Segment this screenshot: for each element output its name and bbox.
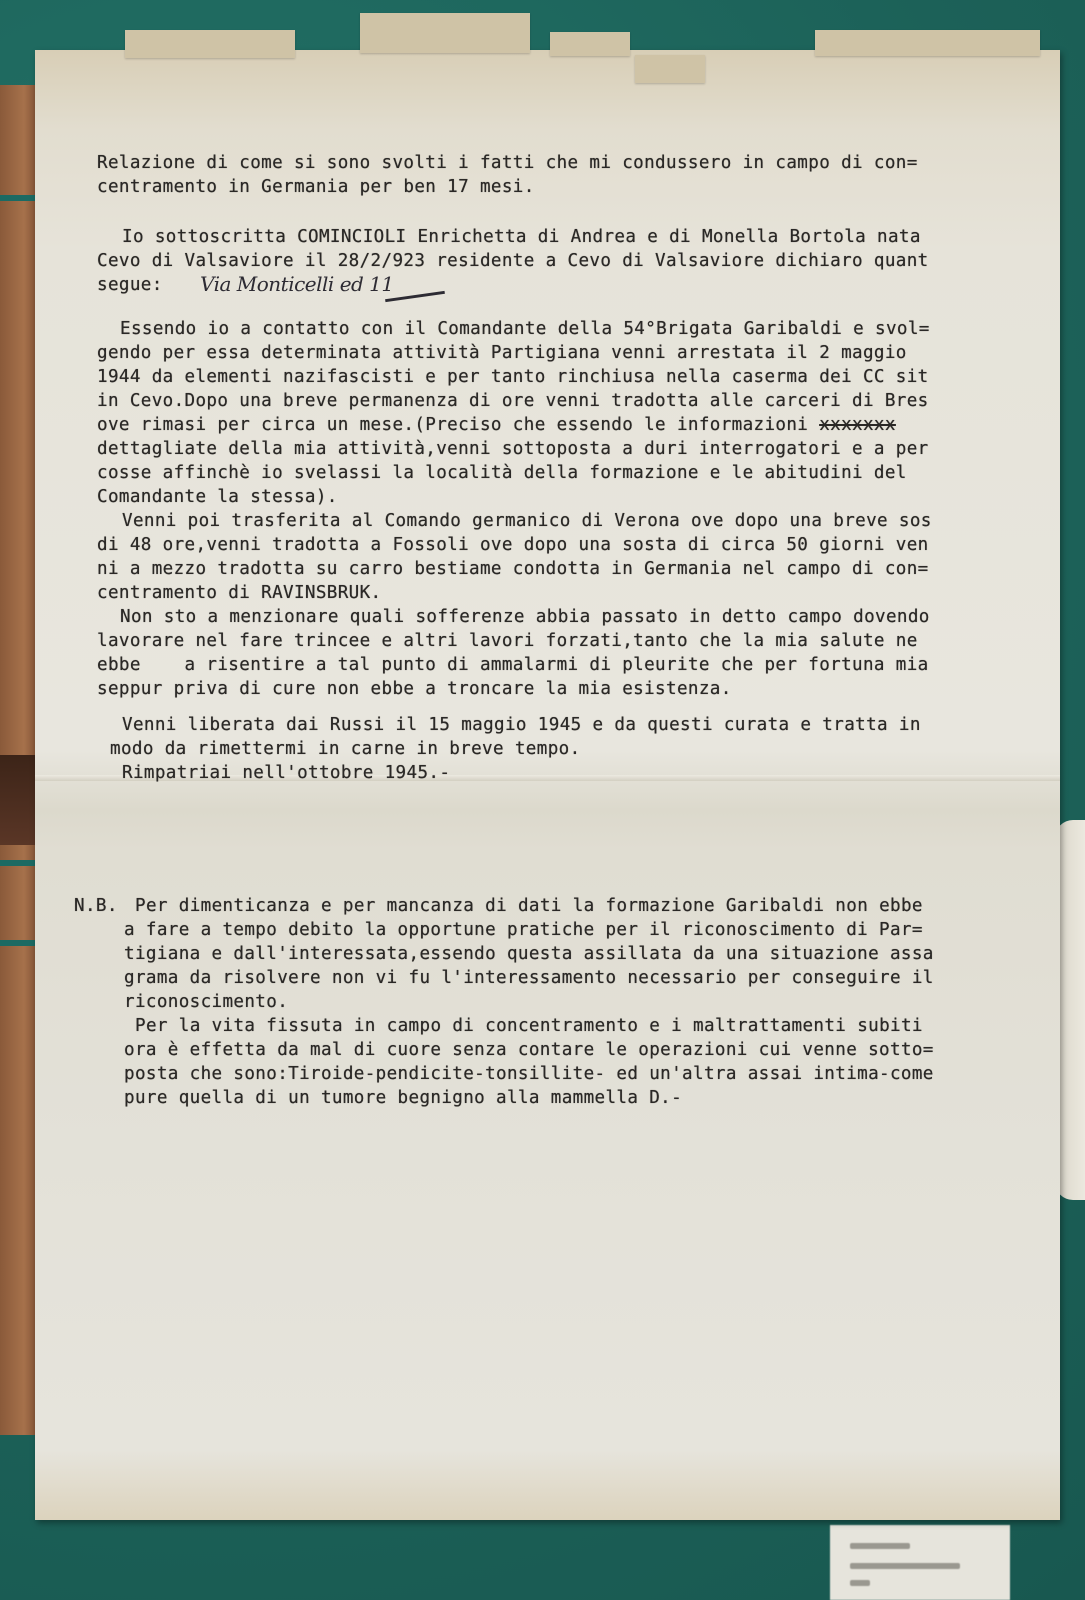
paragraph-line: Venni liberata dai Russi il 15 maggio 19… <box>122 714 921 738</box>
paragraph-line: di 48 ore,venni tradotta a Fossoli ove d… <box>97 534 929 558</box>
paragraph-line: cosse affinchè io svelassi la località d… <box>97 462 907 486</box>
nb-line: ora è effetta da mal di cuore senza cont… <box>124 1039 934 1063</box>
nb-line: a fare a tempo debito la opportune prati… <box>124 919 923 943</box>
paragraph-line: ove rimasi per circa un mese.(Preciso ch… <box>97 414 896 438</box>
paragraph-line: lavorare nel fare trincee e altri lavori… <box>97 630 918 654</box>
nb-line: Per la vita fissuta in campo di concentr… <box>135 1015 923 1039</box>
paragraph-line: seppur priva di cure non ebbe a troncare… <box>97 678 732 702</box>
nb-line: tigiana e dall'interessata,essendo quest… <box>124 943 934 967</box>
paragraph-line: Rimpatriai nell'ottobre 1945.- <box>122 762 450 786</box>
title-line: Relazione di come si sono svolti i fatti… <box>97 152 918 176</box>
paragraph-line: Venni poi trasferita al Comando germanic… <box>122 510 932 534</box>
paragraph-line: modo da rimettermi in carne in breve tem… <box>110 738 581 762</box>
struck-out-word: xxxxxxx <box>819 415 896 435</box>
handwritten-address: Via Monticelli ed 11 <box>200 272 394 296</box>
document-text: Relazione di come si sono svolti i fatti… <box>0 0 1085 987</box>
intro-line: Cevo di Valsaviore il 28/2/923 residente… <box>97 250 929 274</box>
paragraph-line: ebbe a risentire a tal punto di ammalarm… <box>97 654 929 678</box>
paragraph-line: Non sto a menzionare quali sofferenze ab… <box>120 606 930 630</box>
paragraph-line: 1944 da elementi nazifascisti e per tant… <box>97 366 929 390</box>
nb-line: pure quella di un tumore begnigno alla m… <box>124 1087 682 1111</box>
handwriting-text: Via Monticelli ed 11 <box>200 272 394 296</box>
paragraph-line: Comandante la stessa). <box>97 486 338 510</box>
line-text: ove rimasi per circa un mese.(Preciso ch… <box>97 415 819 435</box>
paragraph-line: in Cevo.Dopo una breve permanenza di ore… <box>97 390 929 414</box>
title-line: centramento in Germania per ben 17 mesi. <box>97 176 535 200</box>
paragraph-line: Essendo io a contatto con il Comandante … <box>120 318 930 342</box>
intro-line: Io sottoscritta COMINCIOLI Enrichetta di… <box>122 226 921 250</box>
intro-line: segue: <box>97 274 163 298</box>
nb-line: grama da risolvere non vi fu l'interessa… <box>124 967 934 991</box>
paragraph-line: centramento di RAVINSBRUK. <box>97 582 382 606</box>
paragraph-line: gendo per essa determinata attività Part… <box>97 342 907 366</box>
nb-line: posta che sono:Tiroide-pendicite-tonsill… <box>124 1063 934 1087</box>
nb-line: Per dimenticanza e per mancanza di dati … <box>135 895 923 919</box>
archive-label <box>830 1525 1010 1600</box>
nb-line: riconoscimento. <box>124 991 288 1015</box>
nb-label: N.B. <box>74 895 118 919</box>
paragraph-line: ni a mezzo tradotta su carro bestiame co… <box>97 558 929 582</box>
paragraph-line: dettagliate della mia attività,venni sot… <box>97 438 929 462</box>
